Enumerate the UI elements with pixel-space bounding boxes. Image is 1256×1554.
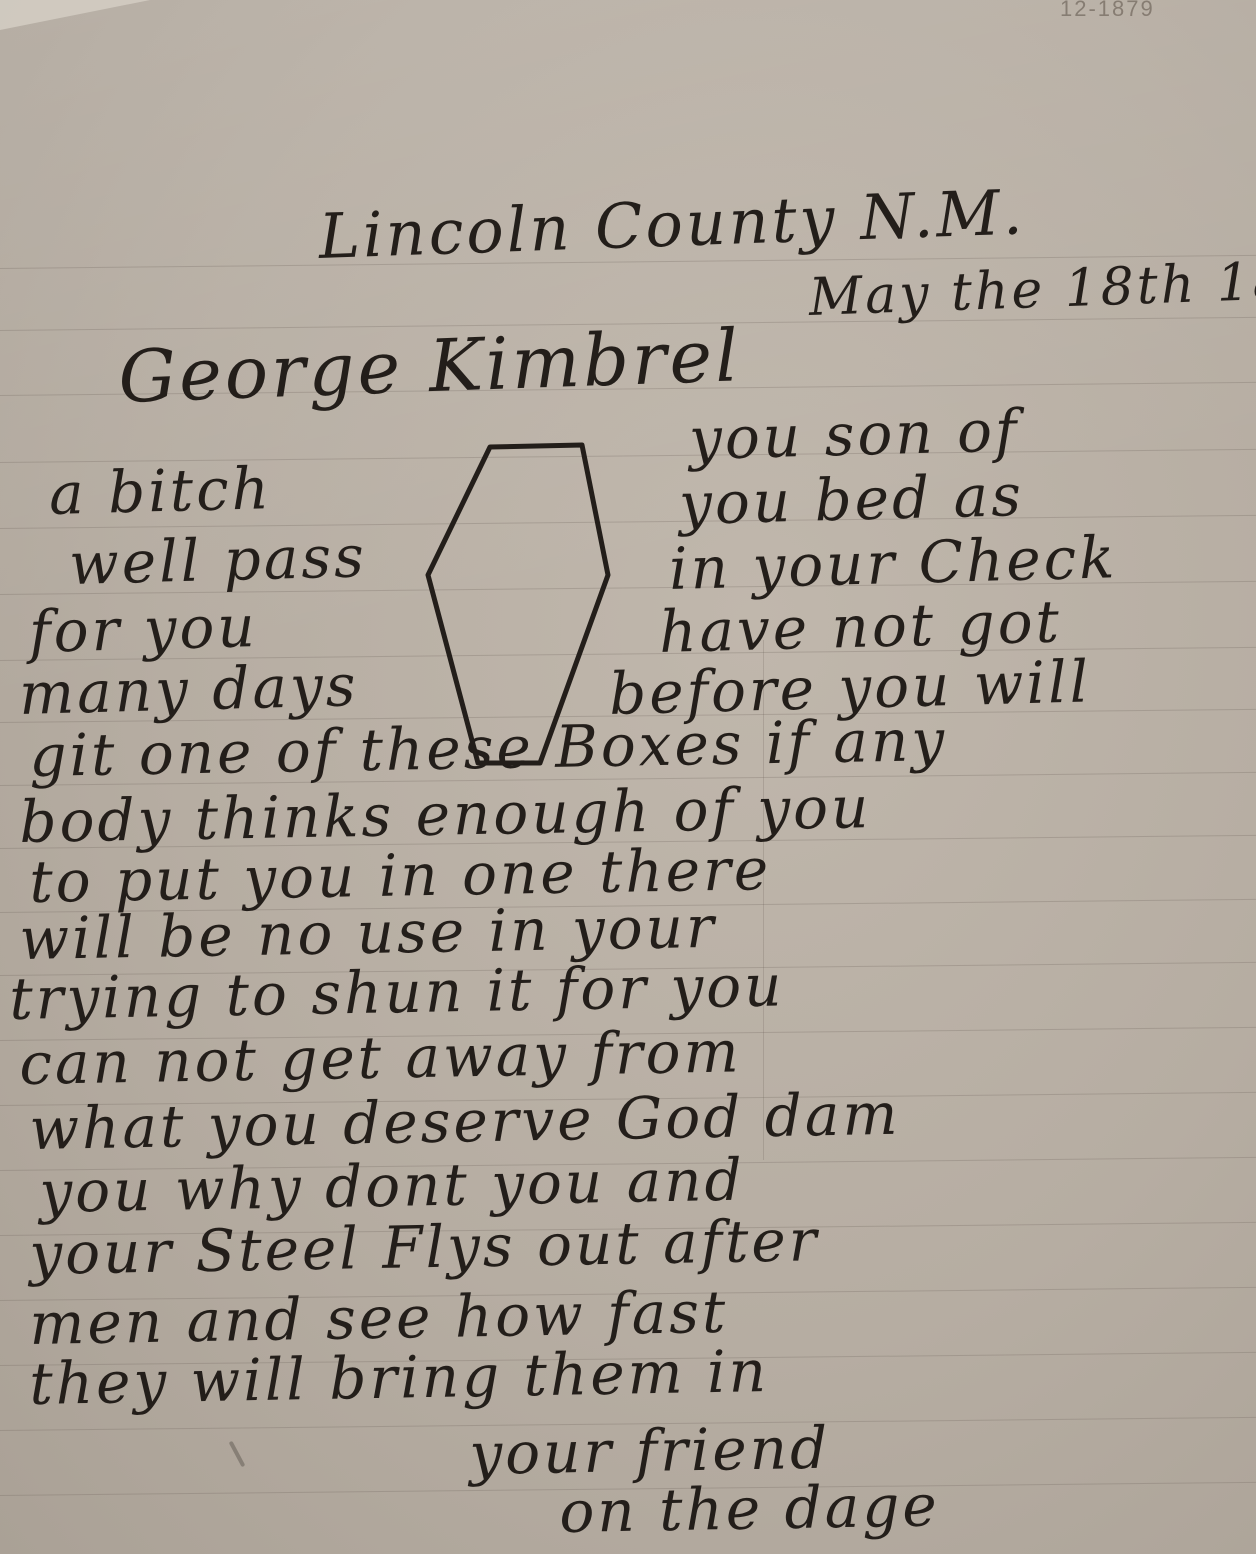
left-line-2: well pass — [68, 522, 367, 598]
salutation: George Kimbrel — [117, 313, 742, 419]
body-line-11: they will bring them in — [29, 1337, 770, 1418]
heading-date: May the 18th 1879. — [808, 248, 1256, 328]
archive-mark: 12-1879 — [1060, 0, 1155, 22]
left-line-1: a bitch — [48, 454, 273, 528]
page-corner-highlight — [0, 0, 150, 30]
closing-line-2: on the dage — [559, 1471, 940, 1546]
letter-page: 12-1879 Lincoln County N.M. May the 18th… — [0, 0, 1256, 1554]
ink-smudge — [229, 1441, 246, 1468]
body-line-9: your Steel Flys out after — [29, 1206, 820, 1288]
